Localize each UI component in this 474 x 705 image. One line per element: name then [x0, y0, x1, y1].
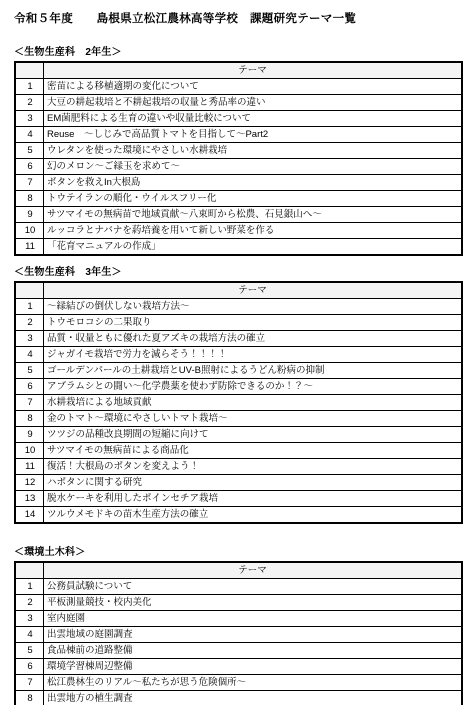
- page-title: 令和５年度 島根県立松江農林高等学校 課題研究テーマ一覧: [14, 10, 463, 26]
- theme-cell: ボタンを救えIn大根島: [44, 175, 463, 191]
- table-row: 8金のトマト～環境にやさしいトマト栽培～: [15, 411, 462, 427]
- theme-cell: 食品棟前の道路整備: [44, 643, 463, 659]
- row-number-cell: 8: [15, 411, 44, 427]
- theme-cell: サツマイモの無病苗による商品化: [44, 443, 463, 459]
- table-row: 6環境学習棟周辺整備: [15, 659, 462, 675]
- section-biology-3rd-grade: ＜生物生産科 3年生＞ テーマ 1～縁結びの倒伏しない栽培方法～2トウモロコシの…: [14, 263, 463, 524]
- table-row: 12ハボタンに関する研究: [15, 475, 462, 491]
- row-number-cell: 1: [15, 79, 44, 95]
- table-row: 9ツツジの品種改良期間の短縮に向けて: [15, 427, 462, 443]
- table-row: 7水耕栽培による地域貢献: [15, 395, 462, 411]
- row-number-cell: 5: [15, 143, 44, 159]
- row-number-cell: 13: [15, 491, 44, 507]
- table-row: 4Reuse ～しじみで高品質トマトを目指して～Part2: [15, 127, 462, 143]
- theme-cell: ～縁結びの倒伏しない栽培方法～: [44, 299, 463, 315]
- theme-cell: 松江農林生のリアル～私たちが思う危険個所～: [44, 675, 463, 691]
- theme-table: テーマ 1～縁結びの倒伏しない栽培方法～2トウモロコシの二果取り3品質・収量とも…: [14, 281, 463, 524]
- theme-table: テーマ 1公務員試験について2平板測量競技・校内美化3室内庭園4出雲地域の庭園調…: [14, 561, 463, 705]
- table-row: 3室内庭園: [15, 611, 462, 627]
- row-number-cell: 2: [15, 315, 44, 331]
- theme-cell: EM菌肥料による生育の違いや収量比較について: [44, 111, 463, 127]
- document-page: 令和５年度 島根県立松江農林高等学校 課題研究テーマ一覧 ＜生物生産科 2年生＞…: [0, 0, 474, 705]
- theme-cell: ルッコラとナバナを葯培養を用いて新しい野菜を作る: [44, 223, 463, 239]
- table-row: 2トウモロコシの二果取り: [15, 315, 462, 331]
- theme-cell: アブラムシとの闘い～化学農薬を使わず防除できるのか！？～: [44, 379, 463, 395]
- table-row: 8出雲地方の植生調査: [15, 691, 462, 705]
- table-header-row: テーマ: [15, 62, 462, 79]
- table-row: 7松江農林生のリアル～私たちが思う危険個所～: [15, 675, 462, 691]
- table-row: 8トウテイランの順化・ウイルスフリー化: [15, 191, 462, 207]
- row-number-cell: 7: [15, 175, 44, 191]
- table-row: 14ツルウメモドキの苗木生産方法の確立: [15, 507, 462, 524]
- table-row: 2平板測量競技・校内美化: [15, 595, 462, 611]
- theme-cell: 出雲地域の庭園調査: [44, 627, 463, 643]
- row-number-cell: 1: [15, 579, 44, 595]
- table-row: 5ゴールデンパールの土耕栽培とUV-B照射によるうどん粉病の抑制: [15, 363, 462, 379]
- theme-cell: サツマイモの無病苗で地域貢献～八束町から松農、石見銀山へ～: [44, 207, 463, 223]
- row-number-cell: 10: [15, 223, 44, 239]
- table-row: 11「花育マニュアルの作成」: [15, 239, 462, 256]
- theme-cell: 品質・収量ともに優れた夏アズキの栽培方法の確立: [44, 331, 463, 347]
- theme-cell: トウテイランの順化・ウイルスフリー化: [44, 191, 463, 207]
- table-row: 9サツマイモの無病苗で地域貢献～八束町から松農、石見銀山へ～: [15, 207, 462, 223]
- theme-cell: 室内庭園: [44, 611, 463, 627]
- theme-column-header: テーマ: [44, 562, 463, 579]
- row-number-cell: 6: [15, 379, 44, 395]
- theme-table: テーマ 1密苗による移植適期の変化について2大豆の耕起栽培と不耕起栽培の収量と秀…: [14, 61, 463, 256]
- theme-cell: 出雲地方の植生調査: [44, 691, 463, 705]
- section-environment-civil: ＜環境土木科＞ テーマ 1公務員試験について2平板測量競技・校内美化3室内庭園4…: [14, 543, 463, 705]
- theme-column-header: テーマ: [44, 282, 463, 299]
- table-row: 6アブラムシとの闘い～化学農薬を使わず防除できるのか！？～: [15, 379, 462, 395]
- row-number-cell: 7: [15, 395, 44, 411]
- theme-cell: 水耕栽培による地域貢献: [44, 395, 463, 411]
- table-row: 5ウレタンを使った環境にやさしい水耕栽培: [15, 143, 462, 159]
- theme-cell: ウレタンを使った環境にやさしい水耕栽培: [44, 143, 463, 159]
- table-row: 1公務員試験について: [15, 579, 462, 595]
- theme-cell: 環境学習棟周辺整備: [44, 659, 463, 675]
- table-row: 3品質・収量ともに優れた夏アズキの栽培方法の確立: [15, 331, 462, 347]
- table-header-row: テーマ: [15, 282, 462, 299]
- row-number-cell: 9: [15, 207, 44, 223]
- row-number-cell: 1: [15, 299, 44, 315]
- row-number-cell: 6: [15, 659, 44, 675]
- row-number-cell: 11: [15, 239, 44, 256]
- section-heading: ＜環境土木科＞: [14, 543, 463, 558]
- theme-cell: ハボタンに関する研究: [44, 475, 463, 491]
- row-number-cell: 3: [15, 331, 44, 347]
- row-number-cell: 3: [15, 111, 44, 127]
- row-number-cell: 4: [15, 127, 44, 143]
- theme-column-header: テーマ: [44, 62, 463, 79]
- row-number-cell: 8: [15, 691, 44, 705]
- row-number-cell: 3: [15, 611, 44, 627]
- table-row: 10サツマイモの無病苗による商品化: [15, 443, 462, 459]
- theme-cell: 金のトマト～環境にやさしいトマト栽培～: [44, 411, 463, 427]
- theme-cell: 公務員試験について: [44, 579, 463, 595]
- row-number-cell: 8: [15, 191, 44, 207]
- row-number-cell: 14: [15, 507, 44, 524]
- number-column-header: [15, 62, 44, 79]
- theme-cell: 密苗による移植適期の変化について: [44, 79, 463, 95]
- theme-cell: ツルウメモドキの苗木生産方法の確立: [44, 507, 463, 524]
- section-biology-2nd-grade: ＜生物生産科 2年生＞ テーマ 1密苗による移植適期の変化について2大豆の耕起栽…: [14, 43, 463, 256]
- theme-cell: ゴールデンパールの土耕栽培とUV-B照射によるうどん粉病の抑制: [44, 363, 463, 379]
- section-heading: ＜生物生産科 3年生＞: [14, 263, 463, 278]
- row-number-cell: 2: [15, 595, 44, 611]
- section-heading: ＜生物生産科 2年生＞: [14, 43, 463, 58]
- row-number-cell: 5: [15, 643, 44, 659]
- theme-cell: 大豆の耕起栽培と不耕起栽培の収量と秀品率の違い: [44, 95, 463, 111]
- row-number-cell: 2: [15, 95, 44, 111]
- theme-cell: 平板測量競技・校内美化: [44, 595, 463, 611]
- row-number-cell: 4: [15, 627, 44, 643]
- number-column-header: [15, 282, 44, 299]
- theme-cell: 「花育マニュアルの作成」: [44, 239, 463, 256]
- row-number-cell: 7: [15, 675, 44, 691]
- table-row: 2大豆の耕起栽培と不耕起栽培の収量と秀品率の違い: [15, 95, 462, 111]
- table-row: 3EM菌肥料による生育の違いや収量比較について: [15, 111, 462, 127]
- row-number-cell: 10: [15, 443, 44, 459]
- row-number-cell: 6: [15, 159, 44, 175]
- theme-cell: ツツジの品種改良期間の短縮に向けて: [44, 427, 463, 443]
- table-row: 7ボタンを救えIn大根島: [15, 175, 462, 191]
- theme-cell: Reuse ～しじみで高品質トマトを目指して～Part2: [44, 127, 463, 143]
- theme-cell: 復活！大根島のボタンを変えよう！: [44, 459, 463, 475]
- row-number-cell: 11: [15, 459, 44, 475]
- row-number-cell: 4: [15, 347, 44, 363]
- theme-cell: 幻のメロン～ご縁玉を求めて～: [44, 159, 463, 175]
- table-row: 11復活！大根島のボタンを変えよう！: [15, 459, 462, 475]
- table-row: 1～縁結びの倒伏しない栽培方法～: [15, 299, 462, 315]
- table-row: 4ジャガイモ栽培で労力を減らそう！！！！: [15, 347, 462, 363]
- table-row: 5食品棟前の道路整備: [15, 643, 462, 659]
- table-header-row: テーマ: [15, 562, 462, 579]
- theme-cell: 脱水ケーキを利用したポインセチア栽培: [44, 491, 463, 507]
- table-row: 4出雲地域の庭園調査: [15, 627, 462, 643]
- table-row: 1密苗による移植適期の変化について: [15, 79, 462, 95]
- table-row: 10ルッコラとナバナを葯培養を用いて新しい野菜を作る: [15, 223, 462, 239]
- table-row: 13脱水ケーキを利用したポインセチア栽培: [15, 491, 462, 507]
- table-row: 6幻のメロン～ご縁玉を求めて～: [15, 159, 462, 175]
- theme-cell: トウモロコシの二果取り: [44, 315, 463, 331]
- theme-cell: ジャガイモ栽培で労力を減らそう！！！！: [44, 347, 463, 363]
- row-number-cell: 9: [15, 427, 44, 443]
- number-column-header: [15, 562, 44, 579]
- row-number-cell: 5: [15, 363, 44, 379]
- row-number-cell: 12: [15, 475, 44, 491]
